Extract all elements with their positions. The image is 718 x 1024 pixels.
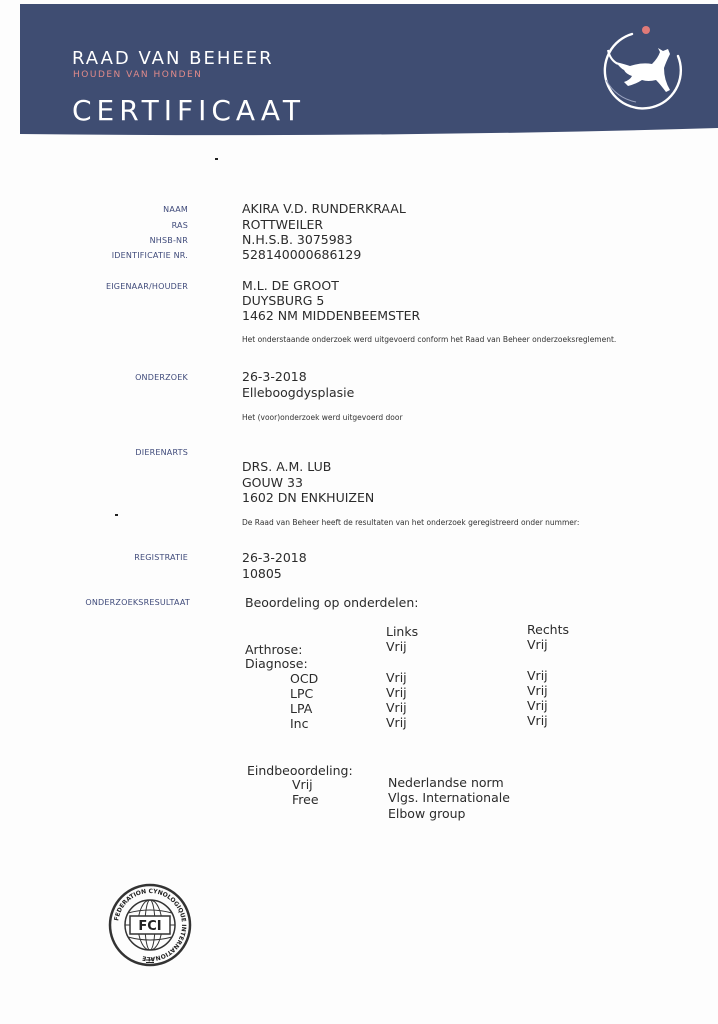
row-lpa-right: Vrij <box>527 698 548 713</box>
exam-date: 26-3-2018 <box>242 369 307 385</box>
dog-breed: ROTTWEILER <box>242 217 323 233</box>
registration-date: 26-3-2018 <box>242 550 307 566</box>
scan-speck <box>115 514 118 516</box>
dog-name: AKIRA V.D. RUNDERKRAAL <box>242 201 406 217</box>
row-ocd-right: Vrij <box>527 668 548 683</box>
final-label: Eindbeoordeling: <box>247 763 353 778</box>
registration-number: 10805 <box>242 566 282 582</box>
row-lpa-left: Vrij <box>386 700 407 715</box>
col-right-header: Rechts <box>527 622 569 637</box>
final-grade-int: Free <box>292 792 319 807</box>
vet-name: DRS. A.M. LUB <box>242 459 331 475</box>
arthrose-right: Vrij <box>527 637 548 652</box>
registered-note: De Raad van Beheer heeft de resultaten v… <box>242 518 579 527</box>
row-lpa-label: LPA <box>290 701 312 716</box>
jumping-dog-logo-icon <box>594 20 694 116</box>
arthrose-label: Arthrose: <box>245 642 302 657</box>
final-norm-nl: Nederlandse norm <box>388 775 504 790</box>
row-inc-right: Vrij <box>527 713 548 728</box>
label-exam: ONDERZOEK <box>58 373 188 382</box>
row-inc-label: Inc <box>290 716 308 731</box>
performed-by-note: Het (voor)onderzoek werd uitgevoerd door <box>242 413 403 422</box>
label-registration: REGISTRATIE <box>58 553 188 562</box>
brand-name: RAAD VAN BEHEER <box>72 48 274 69</box>
conform-note: Het onderstaande onderzoek werd uitgevoe… <box>242 335 616 344</box>
diagnose-label: Diagnose: <box>245 656 308 671</box>
exam-type: Elleboogdysplasie <box>242 385 354 401</box>
final-grade-nl: Vrij <box>292 777 313 792</box>
vet-city: 1602 DN ENKHUIZEN <box>242 490 374 506</box>
arthrose-left: Vrij <box>386 639 407 654</box>
document-title: CERTIFICAAT <box>72 94 305 127</box>
owner-name: M.L. DE GROOT <box>242 278 339 294</box>
label-result: ONDERZOEKSRESULTAAT <box>40 598 190 607</box>
label-vet: DIERENARTS <box>58 448 188 457</box>
result-heading: Beoordeling op onderdelen: <box>245 595 418 610</box>
row-lpc-right: Vrij <box>527 683 548 698</box>
row-lpc-label: LPC <box>290 686 313 701</box>
final-norm-int: Vlgs. Internationale <box>388 790 510 805</box>
owner-street: DUYSBURG 5 <box>242 293 324 309</box>
owner-city: 1462 NM MIDDENBEEMSTER <box>242 308 420 324</box>
dog-id: 528140000686129 <box>242 247 361 263</box>
final-norm-group: Elbow group <box>388 806 465 821</box>
label-name: NAAM <box>58 205 188 214</box>
label-nhsb: NHSB-NR <box>58 236 188 245</box>
header-banner: RAAD VAN BEHEER HOUDEN VAN HONDEN CERTIF… <box>20 4 718 144</box>
brand-tagline: HOUDEN VAN HONDEN <box>73 70 202 80</box>
row-ocd-label: OCD <box>290 671 318 686</box>
col-left-header: Links <box>386 624 418 639</box>
vet-street: GOUW 33 <box>242 475 303 491</box>
fci-globe-seal-icon: FCI FEDERATION CYNOLOGIQUE INTERNATIONAL… <box>108 883 192 967</box>
svg-text:FCI: FCI <box>138 919 161 934</box>
label-owner: EIGENAAR/HOUDER <box>58 282 188 291</box>
row-ocd-left: Vrij <box>386 670 407 685</box>
row-lpc-left: Vrij <box>386 685 407 700</box>
row-inc-left: Vrij <box>386 715 407 730</box>
dog-nhsb: N.H.S.B. 3075983 <box>242 232 353 248</box>
label-breed: RAS <box>58 221 188 230</box>
scan-speck <box>215 158 218 160</box>
label-id: IDENTIFICATIE NR. <box>58 251 188 260</box>
